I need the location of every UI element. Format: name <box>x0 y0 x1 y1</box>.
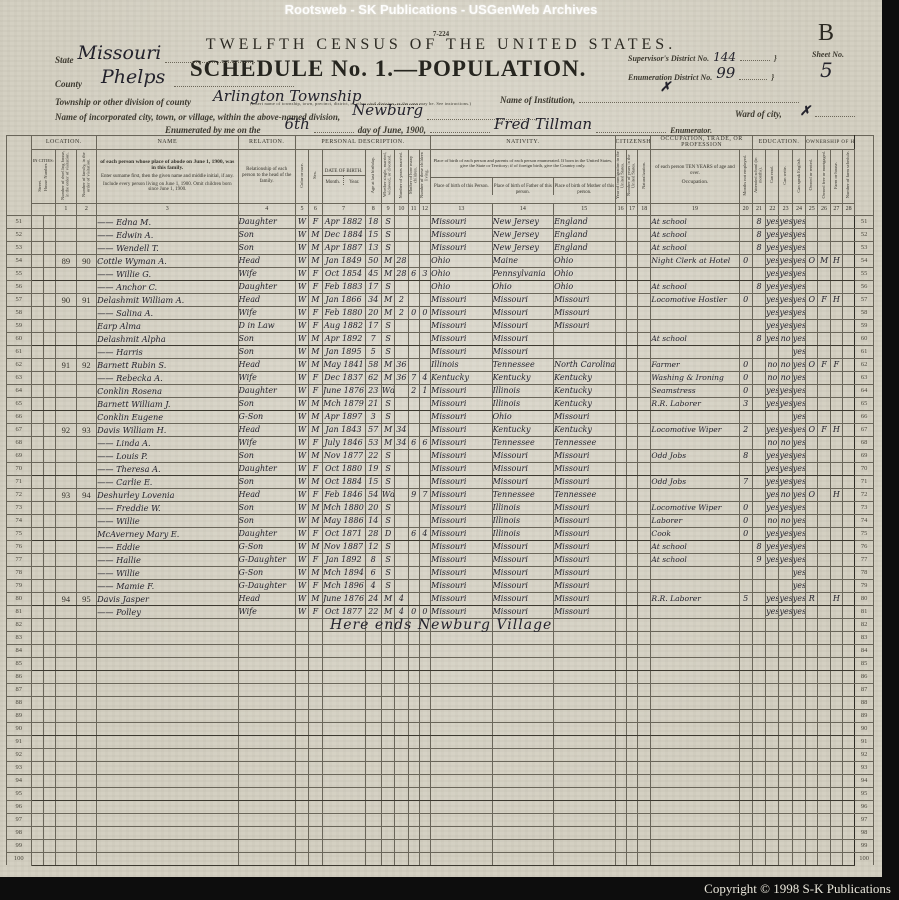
house-number <box>43 553 55 566</box>
color-race: W <box>295 293 308 306</box>
place-of-birth: Missouri <box>431 527 492 540</box>
place-of-birth: Missouri <box>431 293 492 306</box>
years-in-us <box>626 306 637 319</box>
age <box>365 670 381 683</box>
naturalization <box>638 709 651 722</box>
table-row: 9292 <box>7 748 874 761</box>
mother-of-children: 6 <box>408 436 419 449</box>
dwelling-number <box>56 735 76 748</box>
naturalization <box>638 267 651 280</box>
naturalization <box>638 813 651 826</box>
occupation: Odd Jobs <box>651 449 739 462</box>
marital-status: M <box>381 371 394 384</box>
date-of-birth: Jan 1892 <box>322 553 365 566</box>
color-race: W <box>295 397 308 410</box>
street <box>31 306 43 319</box>
years-in-us <box>626 501 637 514</box>
dwelling-number <box>56 319 76 332</box>
occupation <box>651 735 739 748</box>
dwelling-number <box>56 787 76 800</box>
mother-birthplace <box>554 826 615 839</box>
mother-birthplace: Missouri <box>554 527 615 540</box>
home-free-mortgaged <box>818 722 830 735</box>
months-not-employed <box>739 644 752 657</box>
occupation <box>651 839 739 852</box>
enumerated-suffix: day of June, 1900, <box>358 125 426 135</box>
farm-or-house: H <box>830 423 842 436</box>
line-number: 100 <box>7 852 32 865</box>
years-in-us <box>626 605 637 618</box>
relation <box>238 774 295 787</box>
years-in-us <box>626 488 637 501</box>
marital-status: D <box>381 527 394 540</box>
line-number: 59 <box>855 319 874 332</box>
family-number <box>76 709 96 722</box>
street <box>31 501 43 514</box>
street <box>31 748 43 761</box>
name: —— Willie <box>97 514 238 527</box>
father-birthplace: New Jersey <box>492 228 553 241</box>
naturalization <box>638 631 651 644</box>
immigration-year <box>615 358 626 371</box>
line-number: 54 <box>855 254 874 267</box>
col-color-race: Color or race. <box>295 149 308 203</box>
name: Earp Alma <box>97 319 238 332</box>
farm-or-house <box>830 371 842 384</box>
house-number <box>43 852 55 865</box>
state-line: State Missouri <box>55 46 255 68</box>
can-read: yes <box>766 280 779 293</box>
line-number: 79 <box>855 579 874 592</box>
children-living <box>419 254 430 267</box>
street <box>31 774 43 787</box>
table-row: 548990Cottle Wyman A.HeadWMJan 184950M28… <box>7 254 874 267</box>
mother-of-children <box>408 800 419 813</box>
date-of-birth <box>322 644 365 657</box>
home-owned-rented <box>806 267 818 280</box>
farm-schedule <box>842 254 854 267</box>
marital-status: S <box>381 215 394 228</box>
marital-status: S <box>381 280 394 293</box>
can-write <box>779 839 792 852</box>
line-number: 82 <box>855 618 874 631</box>
dotted-rule <box>314 122 354 133</box>
school-months <box>752 475 765 488</box>
line-number: 55 <box>7 267 32 280</box>
farm-or-house <box>830 683 842 696</box>
place-of-birth <box>431 813 492 826</box>
farm-or-house <box>830 800 842 813</box>
father-birthplace: Tennessee <box>492 436 553 449</box>
home-owned-rented <box>806 384 818 397</box>
dwelling-number <box>56 826 76 839</box>
dwelling-number: 93 <box>56 488 76 501</box>
home-owned-rented <box>806 657 818 670</box>
house-number <box>43 475 55 488</box>
name: —— Edna M. <box>97 215 238 228</box>
line-number: 66 <box>7 410 32 423</box>
age: 14 <box>365 514 381 527</box>
line-number: 59 <box>7 319 32 332</box>
years-in-us <box>626 475 637 488</box>
can-write <box>779 670 792 683</box>
children-living <box>419 358 430 371</box>
naturalization <box>638 410 651 423</box>
marital-status <box>381 722 394 735</box>
speaks-english: yes <box>792 293 805 306</box>
state-label: State <box>55 55 74 65</box>
colnum-blank <box>31 203 56 215</box>
months-not-employed <box>739 670 752 683</box>
family-number <box>76 462 96 475</box>
line-number: 86 <box>855 670 874 683</box>
family-number <box>76 670 96 683</box>
can-write <box>779 787 792 800</box>
dwelling-number <box>56 332 76 345</box>
farm-or-house <box>830 787 842 800</box>
mother-of-children: 6 <box>408 267 419 280</box>
place-of-birth <box>431 722 492 735</box>
can-write: yes <box>779 397 792 410</box>
occupation <box>651 319 739 332</box>
col-in-cities: IN CITIES: Street. House Number. <box>31 149 56 203</box>
immigration-year <box>615 696 626 709</box>
father-birthplace: Missouri <box>492 319 553 332</box>
date-of-birth <box>322 761 365 774</box>
marital-status: S <box>381 579 394 592</box>
can-write: yes <box>779 293 792 306</box>
age <box>365 774 381 787</box>
farm-schedule <box>842 553 854 566</box>
years-in-us <box>626 761 637 774</box>
years-married <box>395 215 408 228</box>
mother-birthplace: Missouri <box>554 501 615 514</box>
relation <box>238 670 295 683</box>
street <box>31 579 43 592</box>
home-owned-rented <box>806 761 818 774</box>
home-owned-rented <box>806 839 818 852</box>
colnum-11: 11 <box>408 203 419 215</box>
farm-schedule <box>842 241 854 254</box>
age <box>365 631 381 644</box>
home-owned-rented <box>806 553 818 566</box>
enumeration-line: Enumeration District No. 99 } <box>628 66 774 85</box>
relation: Wife <box>238 267 295 280</box>
can-read: yes <box>766 449 779 462</box>
relation <box>238 696 295 709</box>
table-row: 809495Davis JasperHeadWMJune 187624M4Mis… <box>7 592 874 605</box>
occupation <box>651 605 739 618</box>
years-in-us <box>626 267 637 280</box>
can-write <box>779 410 792 423</box>
home-owned-rented <box>806 787 818 800</box>
family-number <box>76 605 96 618</box>
months-not-employed <box>739 267 752 280</box>
children-living <box>419 683 430 696</box>
months-not-employed <box>739 332 752 345</box>
mother-birthplace: Missouri <box>554 553 615 566</box>
place-of-birth: Missouri <box>431 592 492 605</box>
home-free-mortgaged <box>818 696 830 709</box>
street <box>31 332 43 345</box>
marital-status: M <box>381 436 394 449</box>
supervisor-line: Supervisor's District No. 144 } <box>628 48 777 66</box>
can-read <box>766 644 779 657</box>
line-number: 80 <box>855 592 874 605</box>
speaks-english: yes <box>792 410 805 423</box>
age: 45 <box>365 267 381 280</box>
marital-status <box>381 839 394 852</box>
line-number: 81 <box>7 605 32 618</box>
age: 22 <box>365 449 381 462</box>
months-not-employed <box>739 319 752 332</box>
months-not-employed: 0 <box>739 527 752 540</box>
home-owned-rented <box>806 566 818 579</box>
dwelling-number <box>56 683 76 696</box>
home-owned-rented <box>806 696 818 709</box>
house-number <box>43 722 55 735</box>
house-number <box>43 670 55 683</box>
school-months <box>752 683 765 696</box>
relation: Son <box>238 514 295 527</box>
years-in-us <box>626 358 637 371</box>
family-number <box>76 696 96 709</box>
home-owned-rented <box>806 449 818 462</box>
place-of-birth: Kentucky <box>431 371 492 384</box>
occupation <box>651 657 739 670</box>
naturalization <box>638 761 651 774</box>
home-free-mortgaged <box>818 631 830 644</box>
name: McAverney Mary E. <box>97 527 238 540</box>
mother-birthplace <box>554 332 615 345</box>
sex: F <box>309 267 322 280</box>
family-number <box>76 527 96 540</box>
house-number <box>43 696 55 709</box>
home-owned-rented <box>806 618 818 631</box>
immigration-year <box>615 748 626 761</box>
can-read: yes <box>766 293 779 306</box>
name <box>97 618 238 631</box>
school-months <box>752 592 765 605</box>
table-row: 8888 <box>7 696 874 709</box>
line-number: 72 <box>855 488 874 501</box>
column-number-row: 1 2 3 4 5 6 7 8 9 10 11 12 13 14 15 16 1… <box>7 203 874 215</box>
street <box>31 384 43 397</box>
immigration-year <box>615 631 626 644</box>
place-of-birth <box>431 670 492 683</box>
mother-birthplace: Ohio <box>554 254 615 267</box>
house-number <box>43 254 55 267</box>
sex: M <box>309 293 322 306</box>
years-in-us <box>626 319 637 332</box>
place-of-birth: Missouri <box>431 514 492 527</box>
place-of-birth: Missouri <box>431 410 492 423</box>
home-owned-rented: O <box>806 423 818 436</box>
school-months <box>752 696 765 709</box>
home-free-mortgaged <box>818 592 830 605</box>
relation: Wife <box>238 605 295 618</box>
sex <box>309 722 322 735</box>
name: —— Carlie E. <box>97 475 238 488</box>
color-race: W <box>295 371 308 384</box>
marital-status: S <box>381 449 394 462</box>
color-race: W <box>295 488 308 501</box>
relation: Son <box>238 228 295 241</box>
name: —— Edwin A. <box>97 228 238 241</box>
occupation <box>651 579 739 592</box>
home-free-mortgaged <box>818 540 830 553</box>
home-free-mortgaged <box>818 683 830 696</box>
years-married <box>395 241 408 254</box>
occupation <box>651 761 739 774</box>
children-living <box>419 579 430 592</box>
years-married: 36 <box>395 358 408 371</box>
sex: F <box>309 280 322 293</box>
occupation: Odd Jobs <box>651 475 739 488</box>
line-number: 56 <box>7 280 32 293</box>
farm-or-house <box>830 826 842 839</box>
children-living <box>419 592 430 605</box>
home-owned-rented <box>806 345 818 358</box>
line-number: 87 <box>7 683 32 696</box>
children-living <box>419 215 430 228</box>
home-free-mortgaged <box>818 215 830 228</box>
age: 12 <box>365 540 381 553</box>
marital-status: S <box>381 228 394 241</box>
table-row: 76—— EddieG-SonWMNov 188712SMissouriMiss… <box>7 540 874 553</box>
name <box>97 774 238 787</box>
years-married <box>395 475 408 488</box>
home-free-mortgaged <box>818 462 830 475</box>
can-read: yes <box>766 228 779 241</box>
farm-schedule <box>842 228 854 241</box>
farm-or-house <box>830 657 842 670</box>
col-street: Street. <box>38 180 43 192</box>
school-months <box>752 462 765 475</box>
dwelling-number: 91 <box>56 358 76 371</box>
years-married <box>395 683 408 696</box>
mother-of-children: 2 <box>408 384 419 397</box>
relation <box>238 761 295 774</box>
can-read: yes <box>766 592 779 605</box>
mother-of-children <box>408 566 419 579</box>
street <box>31 683 43 696</box>
table-row: 55—— Willie G.WifeWFOct 185445M2863OhioP… <box>7 267 874 280</box>
home-owned-rented <box>806 605 818 618</box>
naturalization <box>638 397 651 410</box>
mother-birthplace <box>554 852 615 865</box>
line-number: 84 <box>855 644 874 657</box>
age <box>365 644 381 657</box>
dotted-rule <box>596 122 666 133</box>
family-number <box>76 241 96 254</box>
can-read <box>766 696 779 709</box>
children-living: 3 <box>419 267 430 280</box>
house-number <box>43 345 55 358</box>
date-of-birth: Aug 1882 <box>322 319 365 332</box>
father-birthplace <box>492 683 553 696</box>
occupation <box>651 787 739 800</box>
speaks-english: yes <box>792 371 805 384</box>
years-in-us <box>626 579 637 592</box>
home-free-mortgaged <box>818 670 830 683</box>
occupation <box>651 709 739 722</box>
years-in-us <box>626 787 637 800</box>
can-read <box>766 722 779 735</box>
mother-of-children <box>408 423 419 436</box>
occupation: At school <box>651 332 739 345</box>
table-row: 9191 <box>7 735 874 748</box>
home-free-mortgaged <box>818 241 830 254</box>
marital-status: M <box>381 592 394 605</box>
years-in-us <box>626 423 637 436</box>
date-of-birth: Nov 1877 <box>322 449 365 462</box>
street <box>31 410 43 423</box>
sex: M <box>309 566 322 579</box>
place-of-birth: Missouri <box>431 501 492 514</box>
colnum-1: 1 <box>56 203 76 215</box>
months-not-employed: 0 <box>739 384 752 397</box>
line-number: 90 <box>855 722 874 735</box>
naturalization <box>638 592 651 605</box>
marital-status: S <box>381 475 394 488</box>
relation: Head <box>238 592 295 605</box>
table-row: 70—— Theresa A.DaughterWFOct 188019SMiss… <box>7 462 874 475</box>
naturalization <box>638 800 651 813</box>
home-owned-rented <box>806 722 818 735</box>
colnum-16: 16 <box>615 203 626 215</box>
house-number <box>43 787 55 800</box>
name: Barnett William J. <box>97 397 238 410</box>
occupation: Locomotive Hostler <box>651 293 739 306</box>
occupation <box>651 670 739 683</box>
farm-schedule <box>842 800 854 813</box>
dotted-rule <box>579 92 799 103</box>
years-in-us <box>626 254 637 267</box>
age: 17 <box>365 319 381 332</box>
dwelling-number <box>56 228 76 241</box>
home-free-mortgaged <box>818 800 830 813</box>
age <box>365 787 381 800</box>
relation: Son <box>238 501 295 514</box>
house-number <box>43 748 55 761</box>
street <box>31 644 43 657</box>
farm-or-house: H <box>830 488 842 501</box>
table-row: 71—— Carlie E.SonWMOct 188415SMissouriMi… <box>7 475 874 488</box>
line-number: 58 <box>7 306 32 319</box>
family-number <box>76 683 96 696</box>
house-number <box>43 332 55 345</box>
marital-status <box>381 826 394 839</box>
name: Conklin Eugene <box>97 410 238 423</box>
street <box>31 670 43 683</box>
marital-status: S <box>381 332 394 345</box>
dotted-rule <box>174 76 294 87</box>
col-english: Can speak English. <box>792 149 805 203</box>
place-of-birth <box>431 800 492 813</box>
years-in-us <box>626 683 637 696</box>
color-race <box>295 709 308 722</box>
name <box>97 761 238 774</box>
table-row: 69—— Louis P.SonWMNov 187722SMissouriMis… <box>7 449 874 462</box>
name: —— Salina A. <box>97 306 238 319</box>
immigration-year <box>615 553 626 566</box>
farm-schedule <box>842 384 854 397</box>
place-of-birth <box>431 761 492 774</box>
age: 19 <box>365 462 381 475</box>
naturalization <box>638 449 651 462</box>
naturalization <box>638 553 651 566</box>
